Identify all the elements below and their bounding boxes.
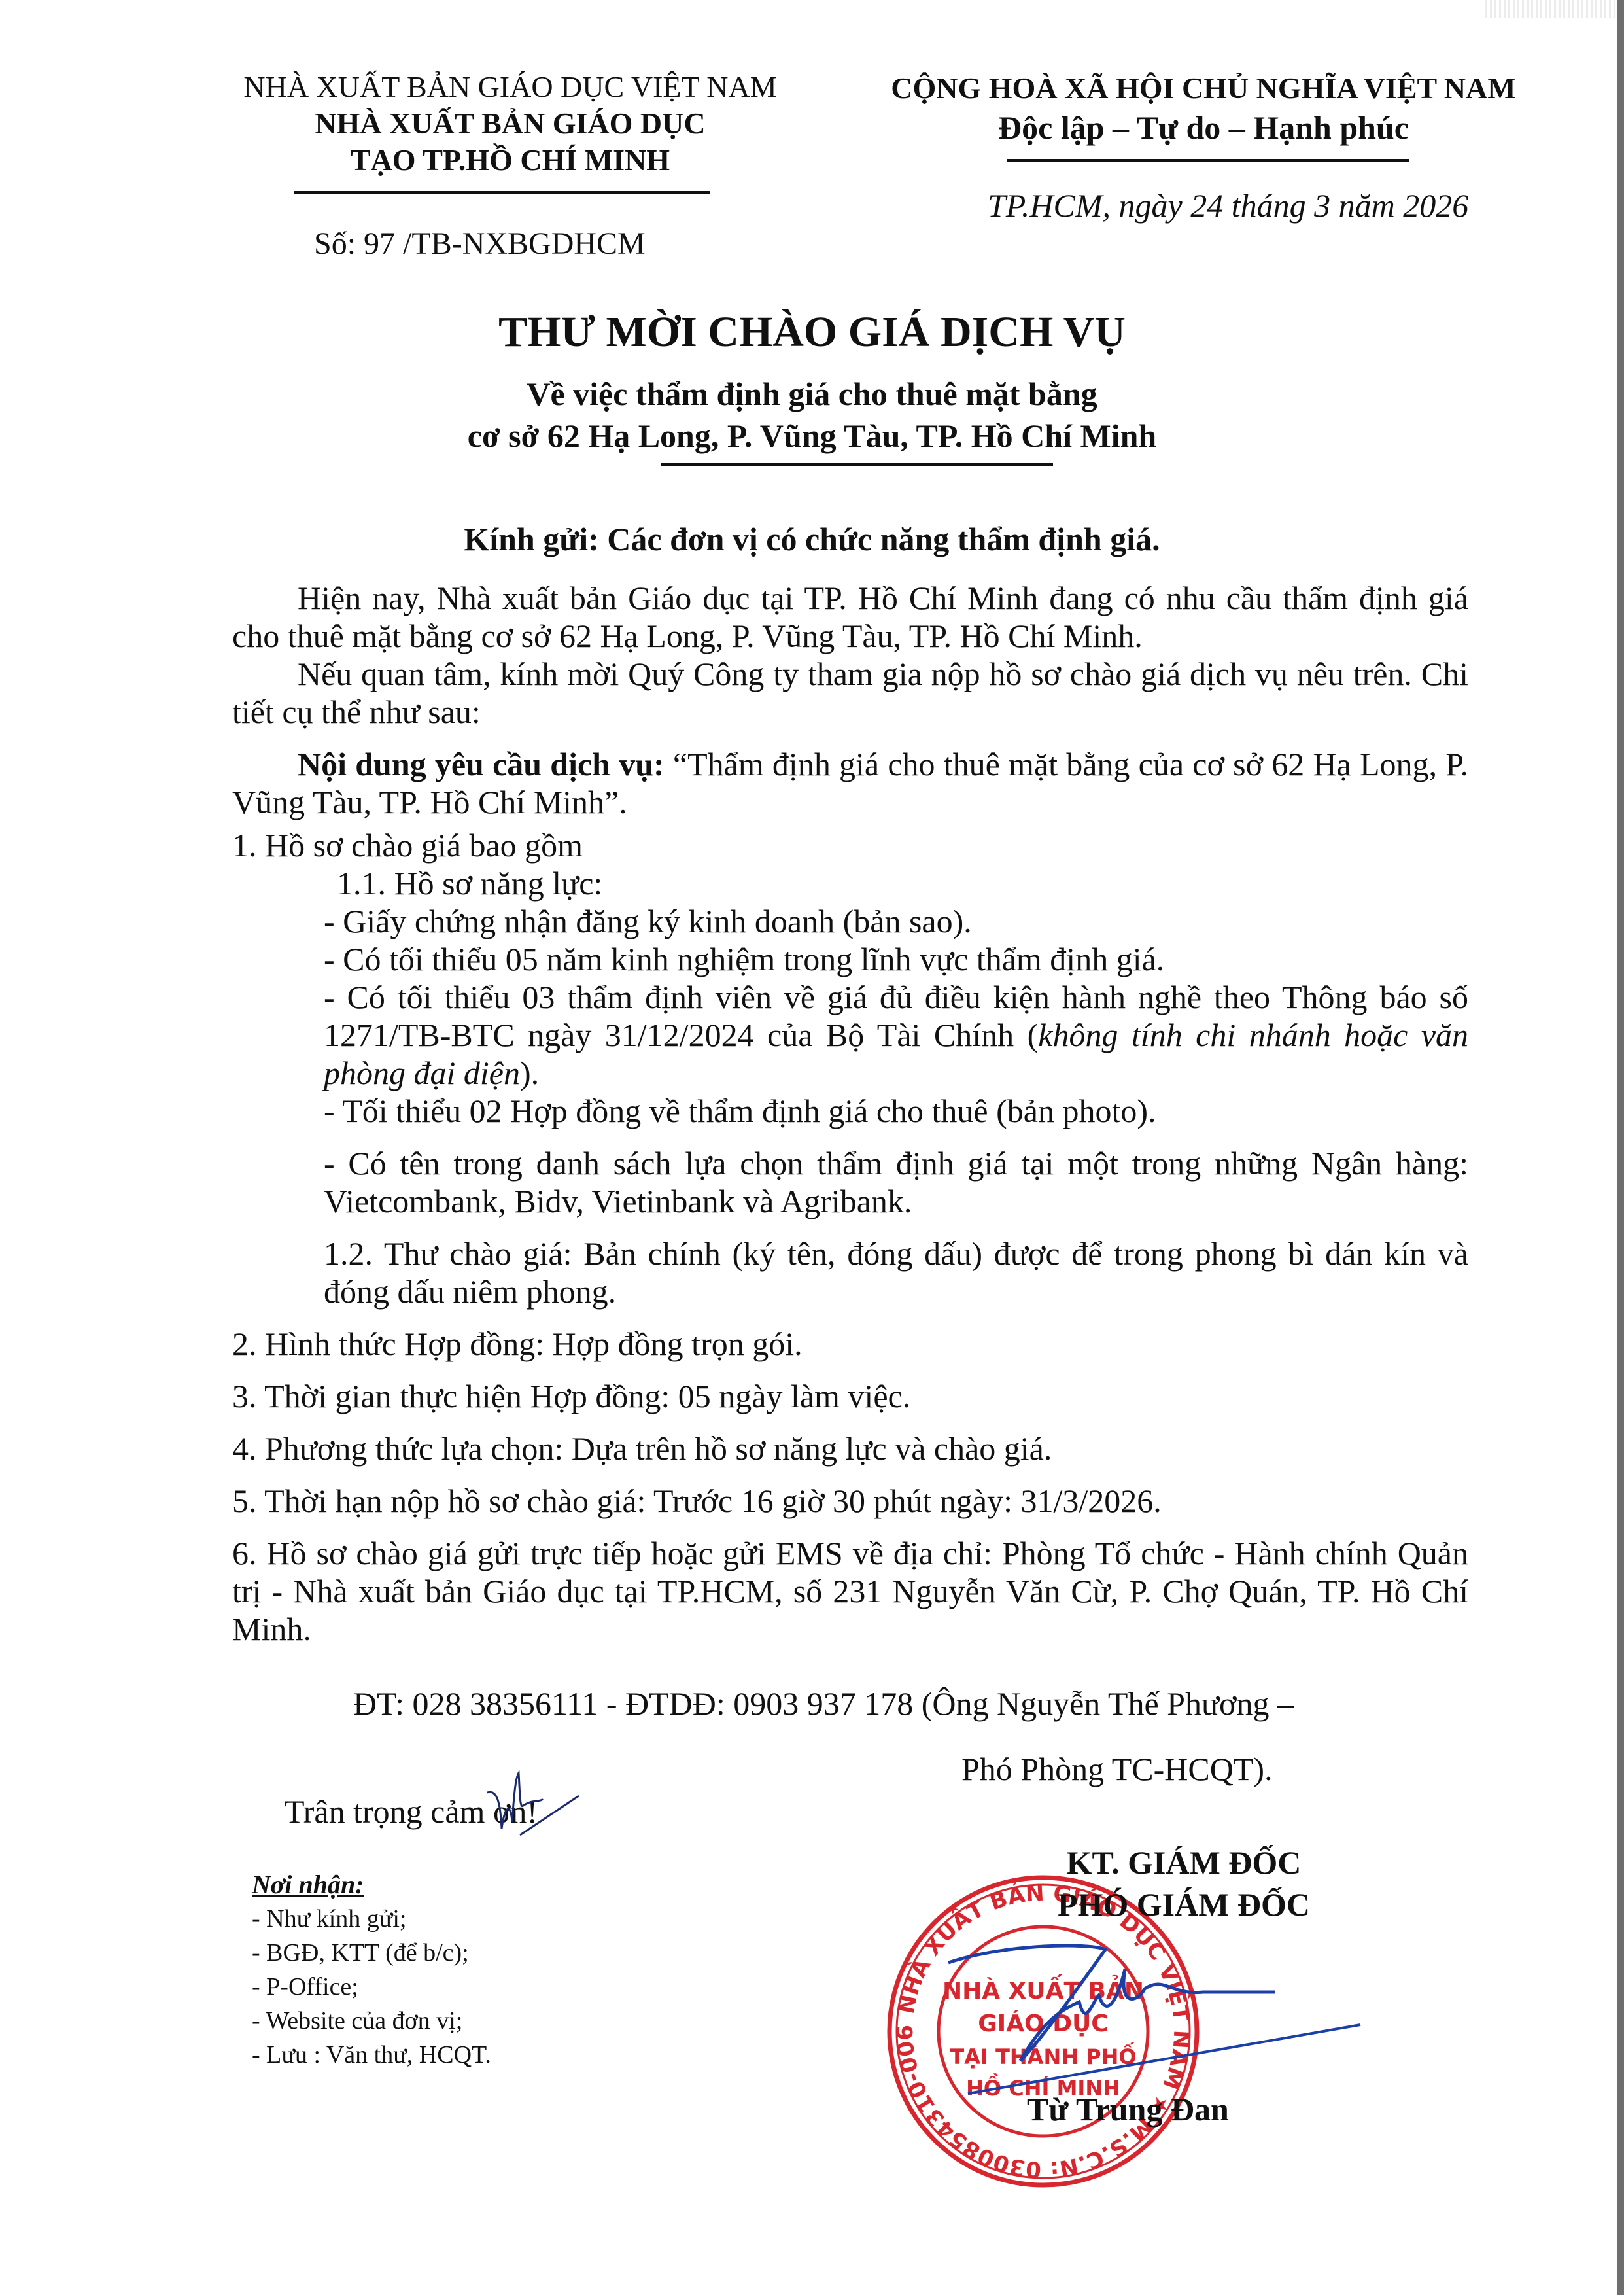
document-title: THƯ MỜI CHÀO GIÁ DỊCH VỤ <box>0 307 1624 357</box>
signatory-title-1: KT. GIÁM ĐỐC <box>981 1842 1387 1883</box>
signatory-title: KT. GIÁM ĐỐC PHÓ GIÁM ĐỐC <box>981 1842 1387 1925</box>
receivers-heading: Nơi nhận: <box>252 1868 491 1902</box>
receivers-block: Nơi nhận: - Như kính gửi; - BGĐ, KTT (để… <box>252 1868 491 2072</box>
contact-phone: ĐT: 028 38356111 - ĐTDĐ: 0903 937 178 (Ô… <box>353 1685 1294 1723</box>
letter-body: Hiện nay, Nhà xuất bản Giáo dục tại TP. … <box>232 579 1468 1648</box>
service-content-label: Nội dung yêu cầu dịch vụ: <box>298 746 665 782</box>
signatory-title-2: PHÓ GIÁM ĐỐC <box>981 1883 1387 1925</box>
national-motto: Độc lập – Tự do – Hạnh phúc <box>857 108 1550 147</box>
requirement-item: - Có tối thiểu 05 năm kinh nghiệm trong … <box>324 940 1468 978</box>
section-4: 4. Phương thức lựa chọn: Dựa trên hồ sơ … <box>232 1429 1468 1467</box>
subject-line-2: cơ sở 62 Hạ Long, P. Vũng Tàu, TP. Hồ Ch… <box>0 415 1624 457</box>
requirement-item: - Tối thiểu 02 Hợp đồng về thẩm định giá… <box>324 1092 1468 1130</box>
issuer-parent: NHÀ XUẤT BẢN GIÁO DỤC VIỆT NAM <box>216 69 804 105</box>
requirement-item: - Có tối thiểu 03 thẩm định viên về giá … <box>324 978 1468 1092</box>
receiver-item: - BGĐ, KTT (để b/c); <box>252 1936 491 1970</box>
section-1-2: 1.2. Thư chào giá: Bản chính (ký tên, đó… <box>324 1235 1468 1310</box>
receiver-item: - Website của đơn vị; <box>252 2004 491 2038</box>
requirements-list: - Giấy chứng nhận đăng ký kinh doanh (bả… <box>232 902 1468 1310</box>
requirement-item: - Giấy chứng nhận đăng ký kinh doanh (bả… <box>324 902 1468 940</box>
receiver-item: - Như kính gửi; <box>252 1902 491 1936</box>
intro-paragraph-2: Nếu quan tâm, kính mời Quý Công ty tham … <box>232 655 1468 731</box>
addressee: Kính gửi: Các đơn vị có chức năng thẩm đ… <box>0 520 1624 558</box>
section-6: 6. Hồ sơ chào giá gửi trực tiếp hoặc gửi… <box>232 1534 1468 1648</box>
issuer-divider <box>294 191 710 194</box>
issuer-name: NHÀ XUẤT BẢN GIÁO DỤC <box>216 105 804 142</box>
scan-noise <box>1485 0 1616 18</box>
national-title: CỘNG HOÀ XÃ HỘI CHỦ NGHĨA VIỆT NAM <box>857 69 1550 108</box>
intro-paragraph-1: Hiện nay, Nhà xuất bản Giáo dục tại TP. … <box>232 579 1468 655</box>
issuer-block: NHÀ XUẤT BẢN GIÁO DỤC VIỆT NAM NHÀ XUẤT … <box>216 69 804 179</box>
section-3: 3. Thời gian thực hiện Hợp đồng: 05 ngày… <box>232 1377 1468 1415</box>
motto-divider <box>1007 159 1409 162</box>
national-header: CỘNG HOÀ XÃ HỘI CHỦ NGHĨA VIỆT NAM Độc l… <box>857 69 1550 147</box>
subject-divider <box>661 463 1053 466</box>
section-1-1-heading: 1.1. Hồ sơ năng lực: <box>232 864 1468 902</box>
section-2: 2. Hình thức Hợp đồng: Hợp đồng trọn gói… <box>232 1325 1468 1363</box>
requirement-end: ). <box>520 1055 539 1091</box>
signature-icon <box>929 1930 1400 2100</box>
signer-name: Từ Trung Đan <box>1027 2090 1229 2128</box>
issuer-city: TẠO TP.HỒ CHÍ MINH <box>216 142 804 179</box>
contact-role: Phó Phòng TC-HCQT). <box>961 1750 1273 1788</box>
document-subject: Về việc thẩm định giá cho thuê mặt bằng … <box>0 373 1624 457</box>
receiver-item: - Lưu : Văn thư, HCQT. <box>252 2038 491 2072</box>
section-5: 5. Thời hạn nộp hồ sơ chào giá: Trước 16… <box>232 1482 1468 1520</box>
receiver-item: - P-Office; <box>252 1970 491 2004</box>
section-1-heading: 1. Hồ sơ chào giá bao gồm <box>232 826 1468 864</box>
document-number: Số: 97 /TB-NXBGDHCM <box>314 226 646 262</box>
initial-signature-icon <box>481 1770 677 1842</box>
requirement-item: - Có tên trong danh sách lựa chọn thẩm đ… <box>324 1144 1468 1220</box>
service-content: Nội dung yêu cầu dịch vụ: “Thẩm định giá… <box>232 745 1468 821</box>
subject-line-1: Về việc thẩm định giá cho thuê mặt bằng <box>0 373 1624 415</box>
document-date: TP.HCM, ngày 24 tháng 3 năm 2026 <box>988 186 1468 224</box>
